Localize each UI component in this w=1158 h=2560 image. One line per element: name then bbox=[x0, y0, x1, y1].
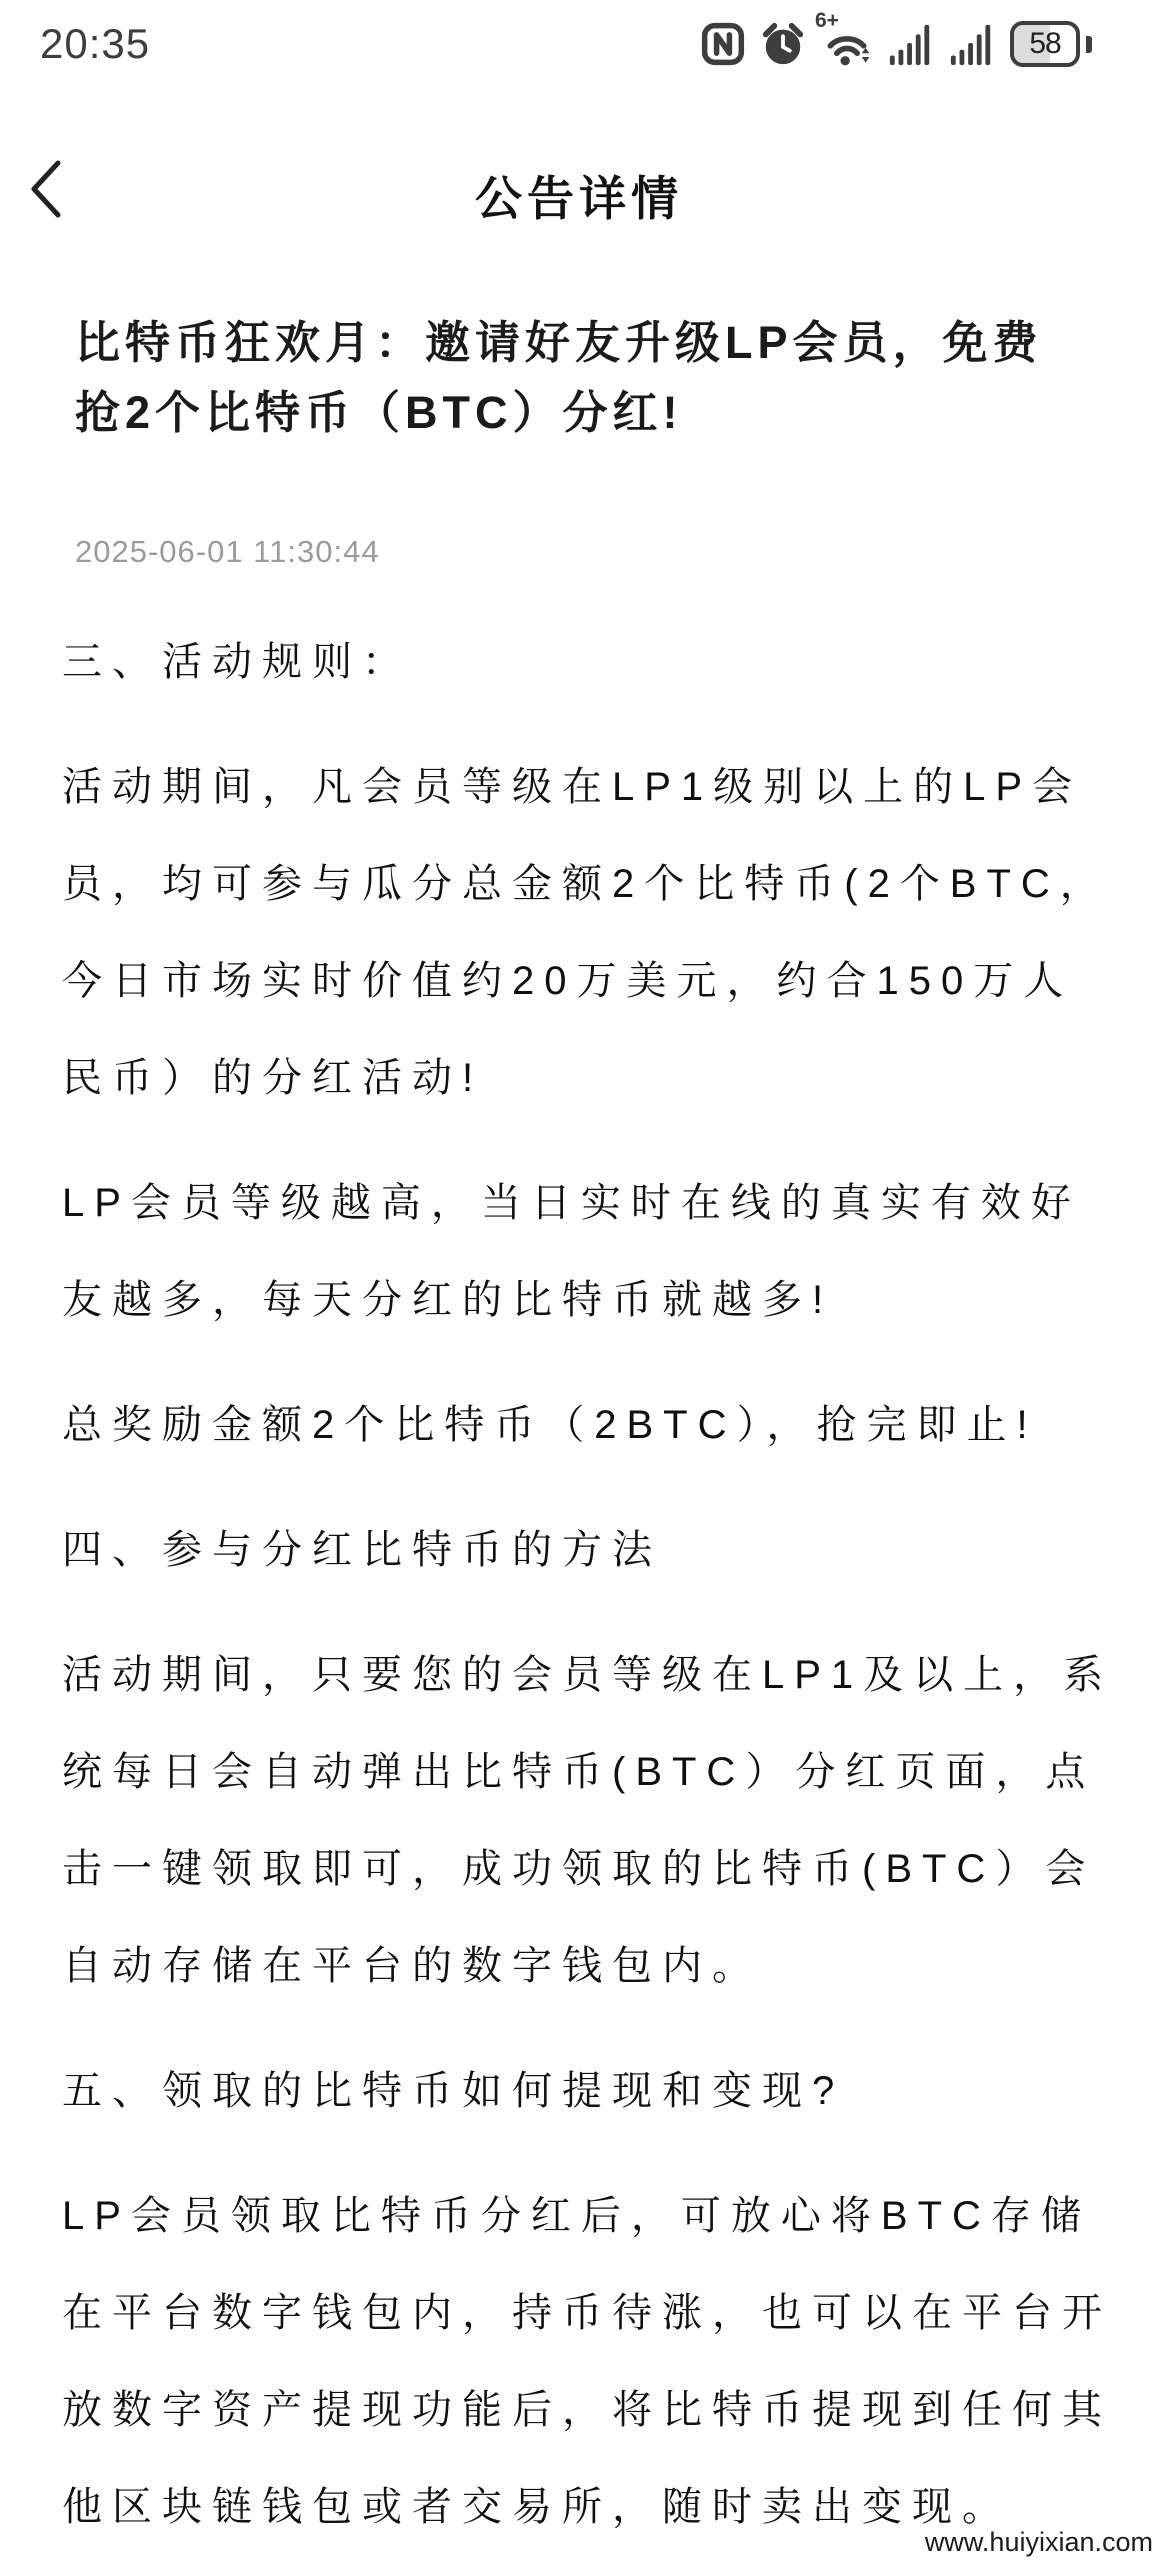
article-paragraph: 四、参与分红比特币的方法 bbox=[62, 1502, 1114, 1599]
article-paragraph: 活动期间，只要您的会员等级在LP1及以上，系统每日会自动弹出比特币(BTC）分红… bbox=[62, 1627, 1114, 2015]
nfc-icon bbox=[701, 21, 745, 67]
article-timestamp: 2025-06-01 11:30:44 bbox=[75, 534, 1083, 570]
alarm-clock-icon bbox=[760, 21, 806, 67]
article-paragraph: 五、领取的比特币如何提现和变现? bbox=[62, 2043, 1114, 2140]
status-bar: 20:35 6+ bbox=[0, 0, 1158, 72]
back-button[interactable] bbox=[24, 158, 68, 220]
battery-icon: 58 bbox=[1010, 21, 1080, 67]
article-paragraph: LP会员领取比特币分红后，可放心将BTC存储在平台数字钱包内，持币待涨，也可以在… bbox=[62, 2168, 1114, 2556]
wifi-icon: 6+ bbox=[821, 21, 873, 67]
article-paragraph: 活动期间，凡会员等级在LP1级别以上的LP会员，均可参与瓜分总金额2个比特币(2… bbox=[62, 739, 1114, 1127]
signal-bars-icon bbox=[888, 21, 934, 67]
article-paragraph: 三、活动规则： bbox=[62, 614, 1114, 711]
page-title: 公告详情 bbox=[0, 162, 1158, 229]
article-paragraph: LP会员等级越高，当日实时在线的真实有效好友越多，每天分红的比特币就越多! bbox=[62, 1155, 1114, 1349]
article-body: 三、活动规则：活动期间，凡会员等级在LP1级别以上的LP会员，均可参与瓜分总金额… bbox=[0, 614, 1158, 2556]
battery-percent: 58 bbox=[1029, 27, 1060, 61]
article-title: 比特币狂欢月：邀请好友升级LP会员，免费抢2个比特币（BTC）分红! bbox=[75, 308, 1090, 448]
header: 公告详情 bbox=[0, 72, 1158, 222]
chevron-left-icon bbox=[24, 158, 68, 220]
article: 比特币狂欢月：邀请好友升级LP会员，免费抢2个比特币（BTC）分红! 2025-… bbox=[0, 308, 1158, 2556]
wifi-6-badge: 6+ bbox=[815, 9, 839, 33]
article-paragraph: 总奖励金额2个比特币（2BTC），抢完即止! bbox=[62, 1377, 1114, 1474]
screen: 20:35 6+ bbox=[0, 0, 1158, 2556]
battery-nub bbox=[1086, 36, 1092, 53]
status-icons: 6+ bbox=[701, 21, 1092, 67]
signal-bars-icon-2 bbox=[949, 21, 995, 67]
status-time: 20:35 bbox=[40, 20, 150, 68]
watermark: www.huiyixian.com bbox=[925, 2527, 1153, 2558]
